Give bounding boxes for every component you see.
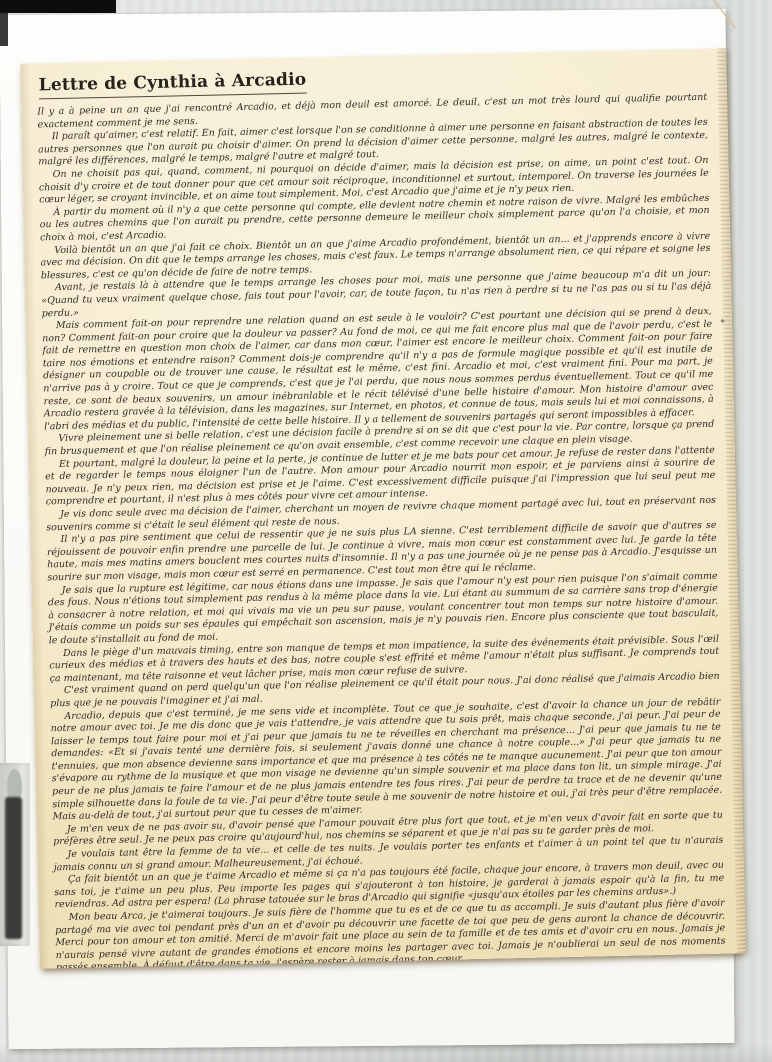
margin-asterisk-mark: *	[720, 318, 725, 328]
letter-title: Lettre de Cynthia à Arcadio	[38, 70, 306, 100]
letter-paragraph: Mais comment fait-on pour reprendre une …	[42, 306, 714, 434]
letter-paper: Lettre de Cynthia à Arcadio Il y a à pei…	[20, 48, 746, 968]
letter-paragraph: Arcadio, depuis que c'est terminé, je me…	[50, 696, 722, 824]
adjacent-page-photo-fragment	[0, 763, 30, 946]
letter-content: Lettre de Cynthia à Arcadio Il y a à pei…	[20, 48, 746, 968]
photo-dark-figure	[5, 797, 22, 939]
scan-edge-black-strip-side	[0, 12, 8, 46]
scanned-magazine-page: Lettre de Cynthia à Arcadio Il y a à pei…	[0, 0, 772, 1062]
scan-edge-black-strip	[0, 0, 116, 13]
